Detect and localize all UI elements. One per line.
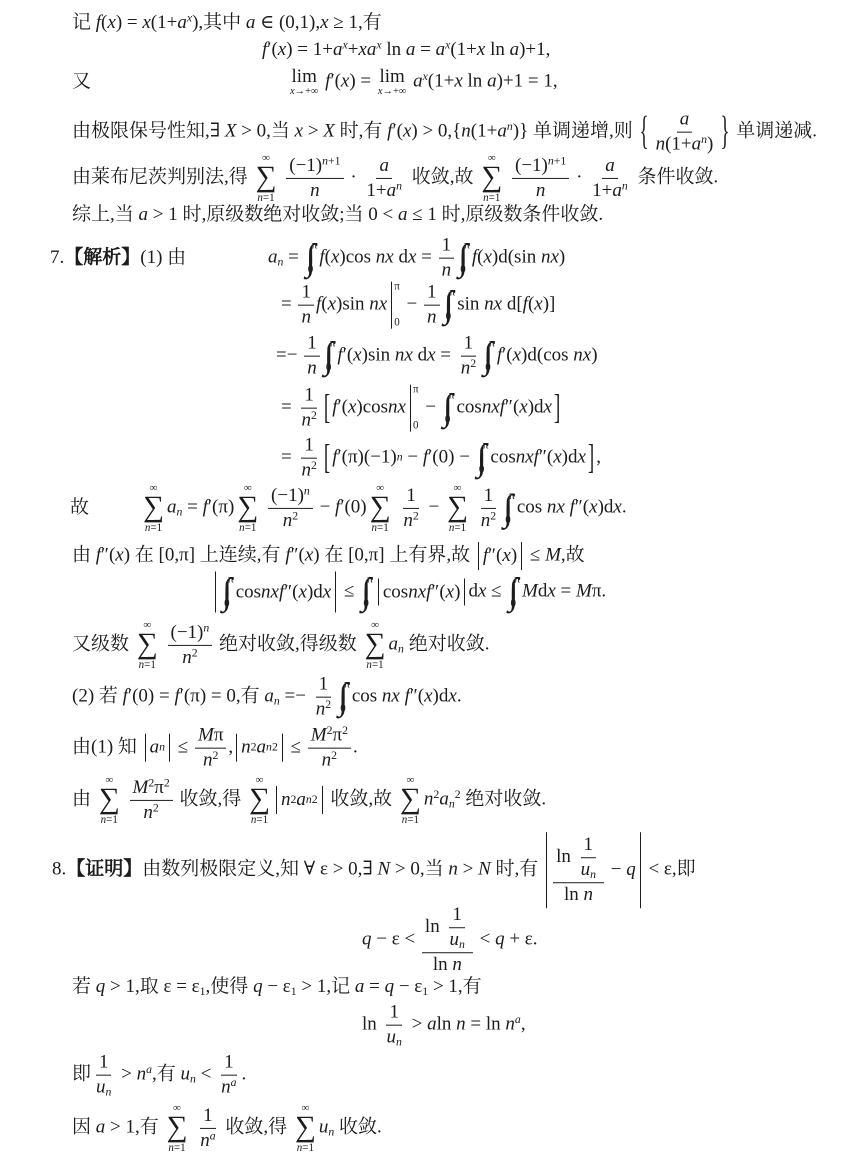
para-setup-fx-part-1: 记 f(x) = x(1+ax),其中 a ∈ (0,1),x ≥ 1,有 (72, 11, 382, 35)
eq-step-4-part-1: = 1n2[f′(x)cos nxπ0 − ∫π0cos nx f″(x)dx] (281, 385, 562, 432)
row-problem7-start-part-1: 7.【解析】(1) 由 (50, 246, 186, 270)
eq-step-5-part-1: = 1n2[f′(π)(−1)n − f′(0) − ∫π0cos nx f″(… (281, 435, 601, 482)
document-page: 记 f(x) = x(1+ax),其中 a ∈ (0,1),x ≥ 1,有f′(… (0, 0, 868, 1166)
row-problem7-start-part-2: an = ∫π0f(x)cos nx dx = 1n∫π0f(x)d(sin n… (268, 235, 565, 282)
para-q-greater-1-part-1: 若 q > 1,取 ε = ε1,使得 q − ε1 > 1,记 a = q −… (72, 975, 482, 999)
para-bounded-part-1: 由 f″(x) 在 [0,π] 上连续,有 f″(x) 在 [0,π] 上有界,… (72, 542, 585, 570)
para-conclusion-6-part-1: 综上,当 a > 1 时,原级数绝对收敛;当 0 < a ≤ 1 时,原级数条件… (72, 203, 603, 227)
eq-step-3-part-1: =− 1n∫π0f′(x)sin nx dx = 1n2∫π0f′(x)d(co… (276, 333, 598, 380)
eq-series-sum-part-1: 故 (70, 496, 89, 520)
para-final-conclusion-part-1: 因 a > 1,有 ∞∑n=1 1na 收敛,得 ∞∑n=1un 收敛. (72, 1102, 382, 1154)
eq-epsilon-bounds-part-1: q − ε < ln 1unln n < q + ε. (362, 904, 538, 976)
para-un-bound-part-1: 即1un > na,有 un < 1na. (72, 1052, 246, 1099)
eq-limit-part-2: limx→+∞ f′(x) = limx→+∞ ax(1+x ln a)+1 =… (288, 67, 558, 97)
eq-series-sum-part-2: ∞∑n=1an = f′(π)∞∑n=1 (−1)nn2 − f′(0)∞∑n=… (140, 482, 627, 534)
eq-limit-part-1: 又 (72, 70, 91, 94)
eq-ln-inequality-part-1: ln 1un > aln n = ln na, (362, 1002, 526, 1049)
eq-abs-bound-part-1: ∫π0cos nx f″(x)dx ≤ ∫π0cos nx f″(x)dx ≤ … (212, 571, 606, 612)
para-abs-convergence-2-part-1: 由 ∞∑n=1 M2π2n2 收敛,得 ∞∑n=1n2an2 收敛,故 ∞∑n=… (72, 774, 546, 826)
para-sign-preservation-part-1: 由极限保号性知,∃ X > 0,当 x > X 时,有 f′(x) > 0,{n… (72, 109, 817, 156)
eq-derivative-part-1: f′(x) = 1+ax+xax ln a = ax(1+x ln a)+1, (262, 38, 550, 62)
para-abs-convergence-part-1: 又级数 ∞∑n=1 (−1)nn2 绝对收敛,得级数 ∞∑n=1an 绝对收敛. (72, 619, 489, 671)
eq-step-2-part-1: = 1nf(x)sin nxπ0 − 1n∫π0sin nx d[f(x)] (281, 282, 555, 329)
para-from-part1-part-1: 由(1) 知 an ≤ Mπn2,n2an2 ≤ M2π2n2. (72, 725, 358, 772)
row-problem8-start-part-1: 8.【证明】由数列极限定义,知 ∀ ε > 0,∃ N > 0,当 n > N … (52, 832, 696, 908)
para-part2-part-1: (2) 若 f′(0) = f′(π) = 0,有 an =− 1n2∫π0co… (72, 674, 462, 721)
para-leibniz-test-part-1: 由莱布尼茨判别法,得 ∞∑n=1 (−1)n+1n · a1+an 收敛,故 ∞… (72, 152, 718, 204)
